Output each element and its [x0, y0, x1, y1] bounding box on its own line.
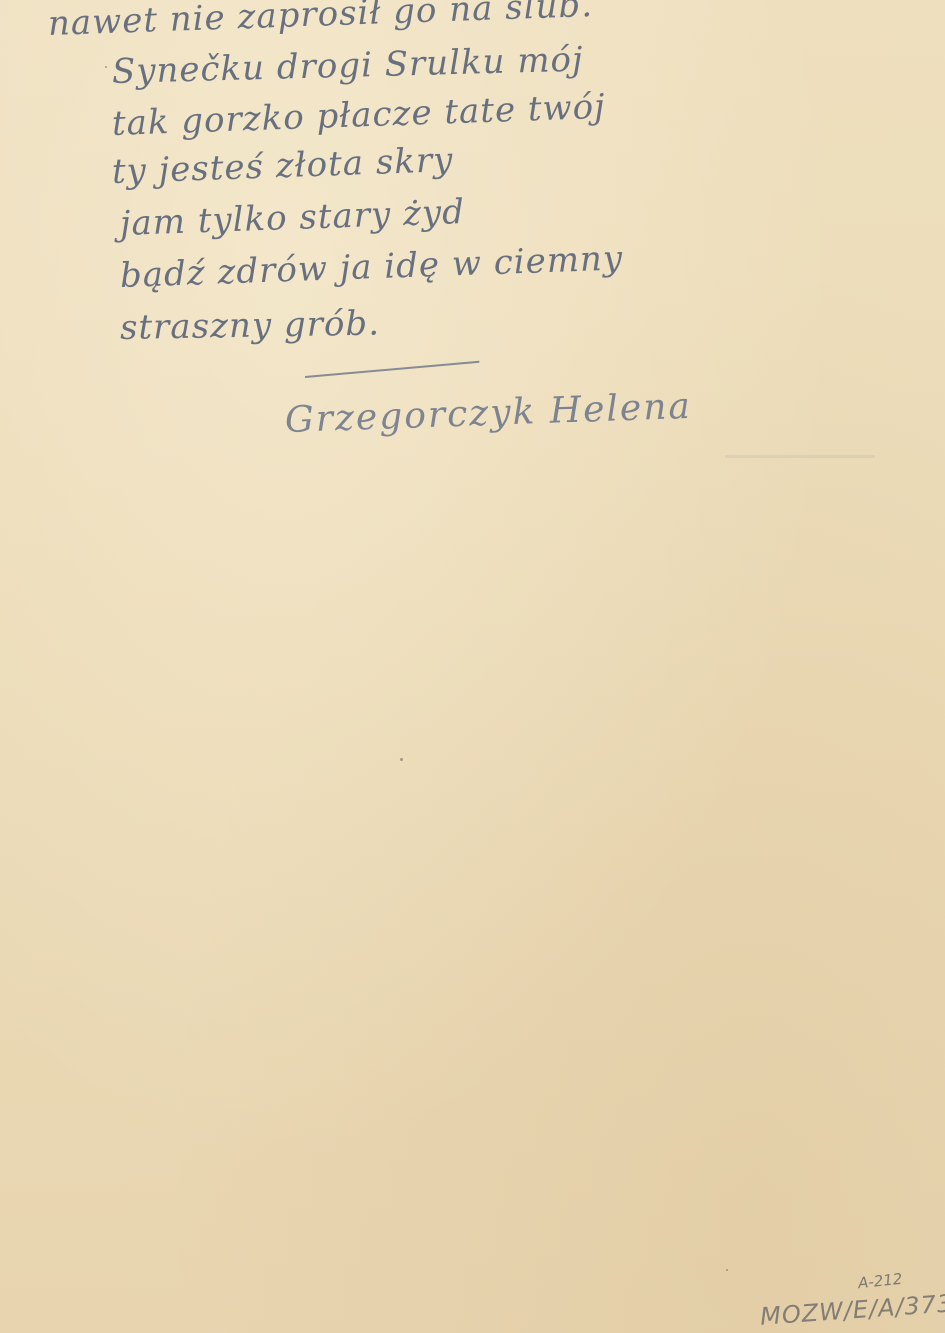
- signature-rule: [305, 361, 480, 378]
- document-page: nawet nie zaprosił go na ślub. Synečku d…: [0, 0, 945, 1333]
- handwritten-line-1: nawet nie zaprosił go na ślub.: [47, 0, 593, 44]
- signature: Grzegorczyk Helena: [284, 386, 692, 441]
- handwritten-line-3: tak gorzko płacze tate twój: [111, 87, 606, 144]
- bleed-through-mark: [725, 455, 875, 458]
- archive-page-ref: A-212: [857, 1270, 903, 1293]
- handwritten-line-5: jam tylko stary żyd: [119, 192, 465, 244]
- archive-code: MOZW/E/A/373: [759, 1289, 945, 1330]
- paper-speck: [726, 1269, 728, 1271]
- paper-speck: [400, 758, 403, 761]
- handwritten-line-6: bądź zdrów ja idę w ciemny: [119, 238, 623, 296]
- handwritten-line-4: ty jesteś złota skry: [111, 140, 454, 192]
- paper-speck: [105, 66, 107, 68]
- handwritten-line-2: Synečku drogi Srulku mój: [111, 40, 584, 92]
- handwritten-line-7: straszny grób.: [120, 303, 381, 348]
